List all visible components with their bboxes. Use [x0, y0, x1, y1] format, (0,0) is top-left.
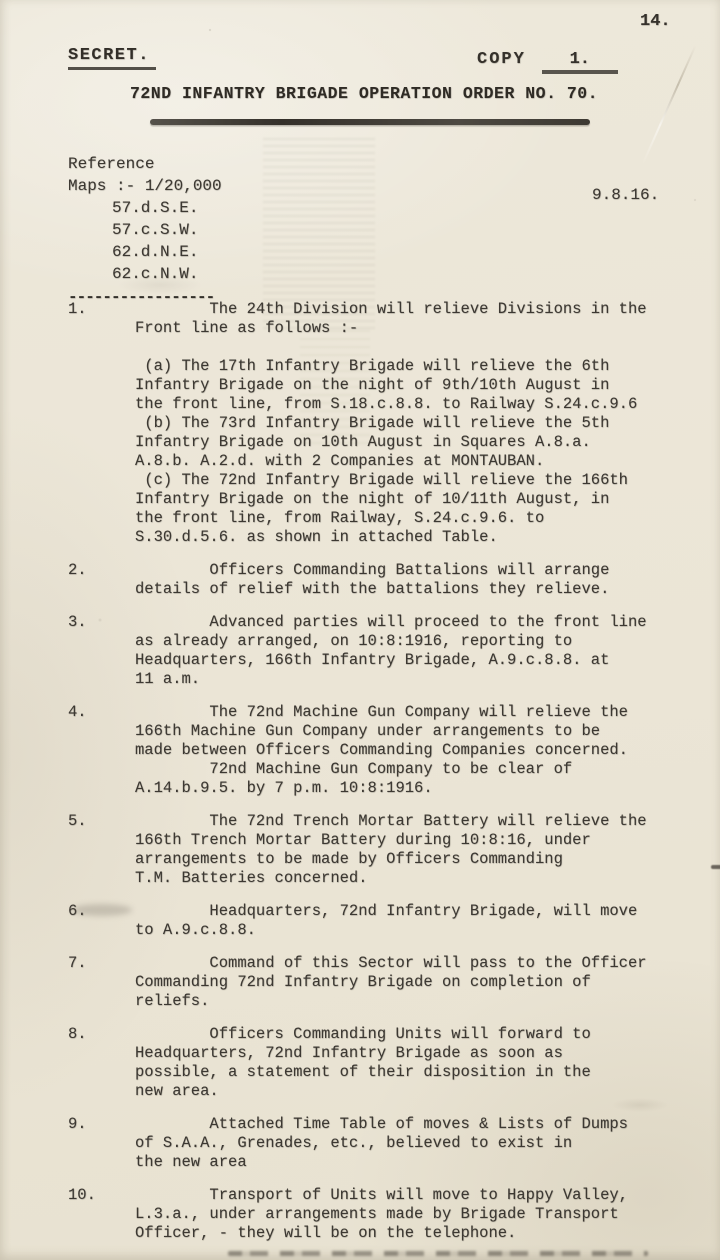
paragraph-text: The 72nd Trench Mortar Battery will reli… — [135, 812, 693, 888]
maps-scale-line: Maps :- 1/20,000 — [68, 175, 222, 197]
stray-ink-mark — [711, 865, 720, 869]
paragraph-number: 3. — [68, 613, 135, 689]
paragraph-text: The 72nd Machine Gun Company will reliev… — [135, 703, 693, 798]
paragraph-number: 1. — [68, 300, 135, 547]
paragraph-number: 4. — [68, 703, 135, 798]
map-sheet-list: 57.d.S.E. 57.c.S.W. 62.d.N.E. 62.c.N.W. — [68, 197, 222, 285]
document-page: 14. SECRET. COPY1. 72ND INFANTRY BRIGADE… — [0, 0, 720, 1260]
paragraph-text: Officers Commanding Battalions will arra… — [135, 561, 693, 599]
paragraph-text: Attached Time Table of moves & Lists of … — [135, 1115, 693, 1172]
paragraph-text: Officers Commanding Units will forward t… — [135, 1025, 693, 1101]
page-number: 14. — [640, 12, 671, 31]
order-paragraph-6: 6. Headquarters, 72nd Infantry Brigade, … — [68, 902, 693, 940]
copy-row: COPY1. — [477, 50, 618, 74]
paragraph-number: 5. — [68, 812, 135, 888]
document-date: 9.8.16. — [592, 186, 659, 204]
order-paragraph-1: 1. The 24th Division will relieve Divisi… — [68, 300, 693, 547]
order-paragraph-4: 4. The 72nd Machine Gun Company will rel… — [68, 703, 693, 798]
order-paragraph-5: 5. The 72nd Trench Mortar Battery will r… — [68, 812, 693, 888]
map-sheet: 62.d.N.E. — [112, 241, 222, 263]
map-sheet: 57.d.S.E. — [112, 197, 222, 219]
map-sheet: 57.c.S.W. — [112, 219, 222, 241]
order-paragraph-list: 1. The 24th Division will relieve Divisi… — [68, 300, 693, 1257]
paragraph-number: 2. — [68, 561, 135, 599]
paragraph-number: 7. — [68, 954, 135, 1011]
map-reference-block: Reference Maps :- 1/20,000 57.d.S.E. 57.… — [68, 153, 222, 308]
document-title: 72ND INFANTRY BRIGADE OPERATION ORDER NO… — [130, 84, 598, 103]
order-paragraph-10: 10. Transport of Units will move to Happ… — [68, 1186, 693, 1243]
title-underline-rule — [150, 119, 590, 125]
cut-off-text-line — [228, 1251, 648, 1256]
paragraph-text: Headquarters, 72nd Infantry Brigade, wil… — [135, 902, 693, 940]
paragraph-number: 8. — [68, 1025, 135, 1101]
order-paragraph-8: 8. Officers Commanding Units will forwar… — [68, 1025, 693, 1101]
order-paragraph-2: 2. Officers Commanding Battalions will a… — [68, 561, 693, 599]
copy-number: 1. — [542, 50, 618, 74]
paragraph-text: The 24th Division will relieve Divisions… — [135, 300, 693, 547]
paragraph-text: Command of this Sector will pass to the … — [135, 954, 693, 1011]
classification-label: SECRET. — [68, 46, 156, 70]
order-paragraph-3: 3. Advanced parties will proceed to the … — [68, 613, 693, 689]
paragraph-number: 9. — [68, 1115, 135, 1172]
order-paragraph-7: 7. Command of this Sector will pass to t… — [68, 954, 693, 1011]
ink-smudge — [72, 904, 132, 916]
copy-label: COPY — [477, 50, 526, 69]
paragraph-text: Transport of Units will move to Happy Va… — [135, 1186, 693, 1243]
paragraph-text: Advanced parties will proceed to the fro… — [135, 613, 693, 689]
reference-label: Reference — [68, 153, 222, 175]
map-sheet: 62.c.N.W. — [112, 263, 222, 285]
order-paragraph-9: 9. Attached Time Table of moves & Lists … — [68, 1115, 693, 1172]
paragraph-number: 10. — [68, 1186, 135, 1243]
paper-crease — [642, 45, 697, 165]
